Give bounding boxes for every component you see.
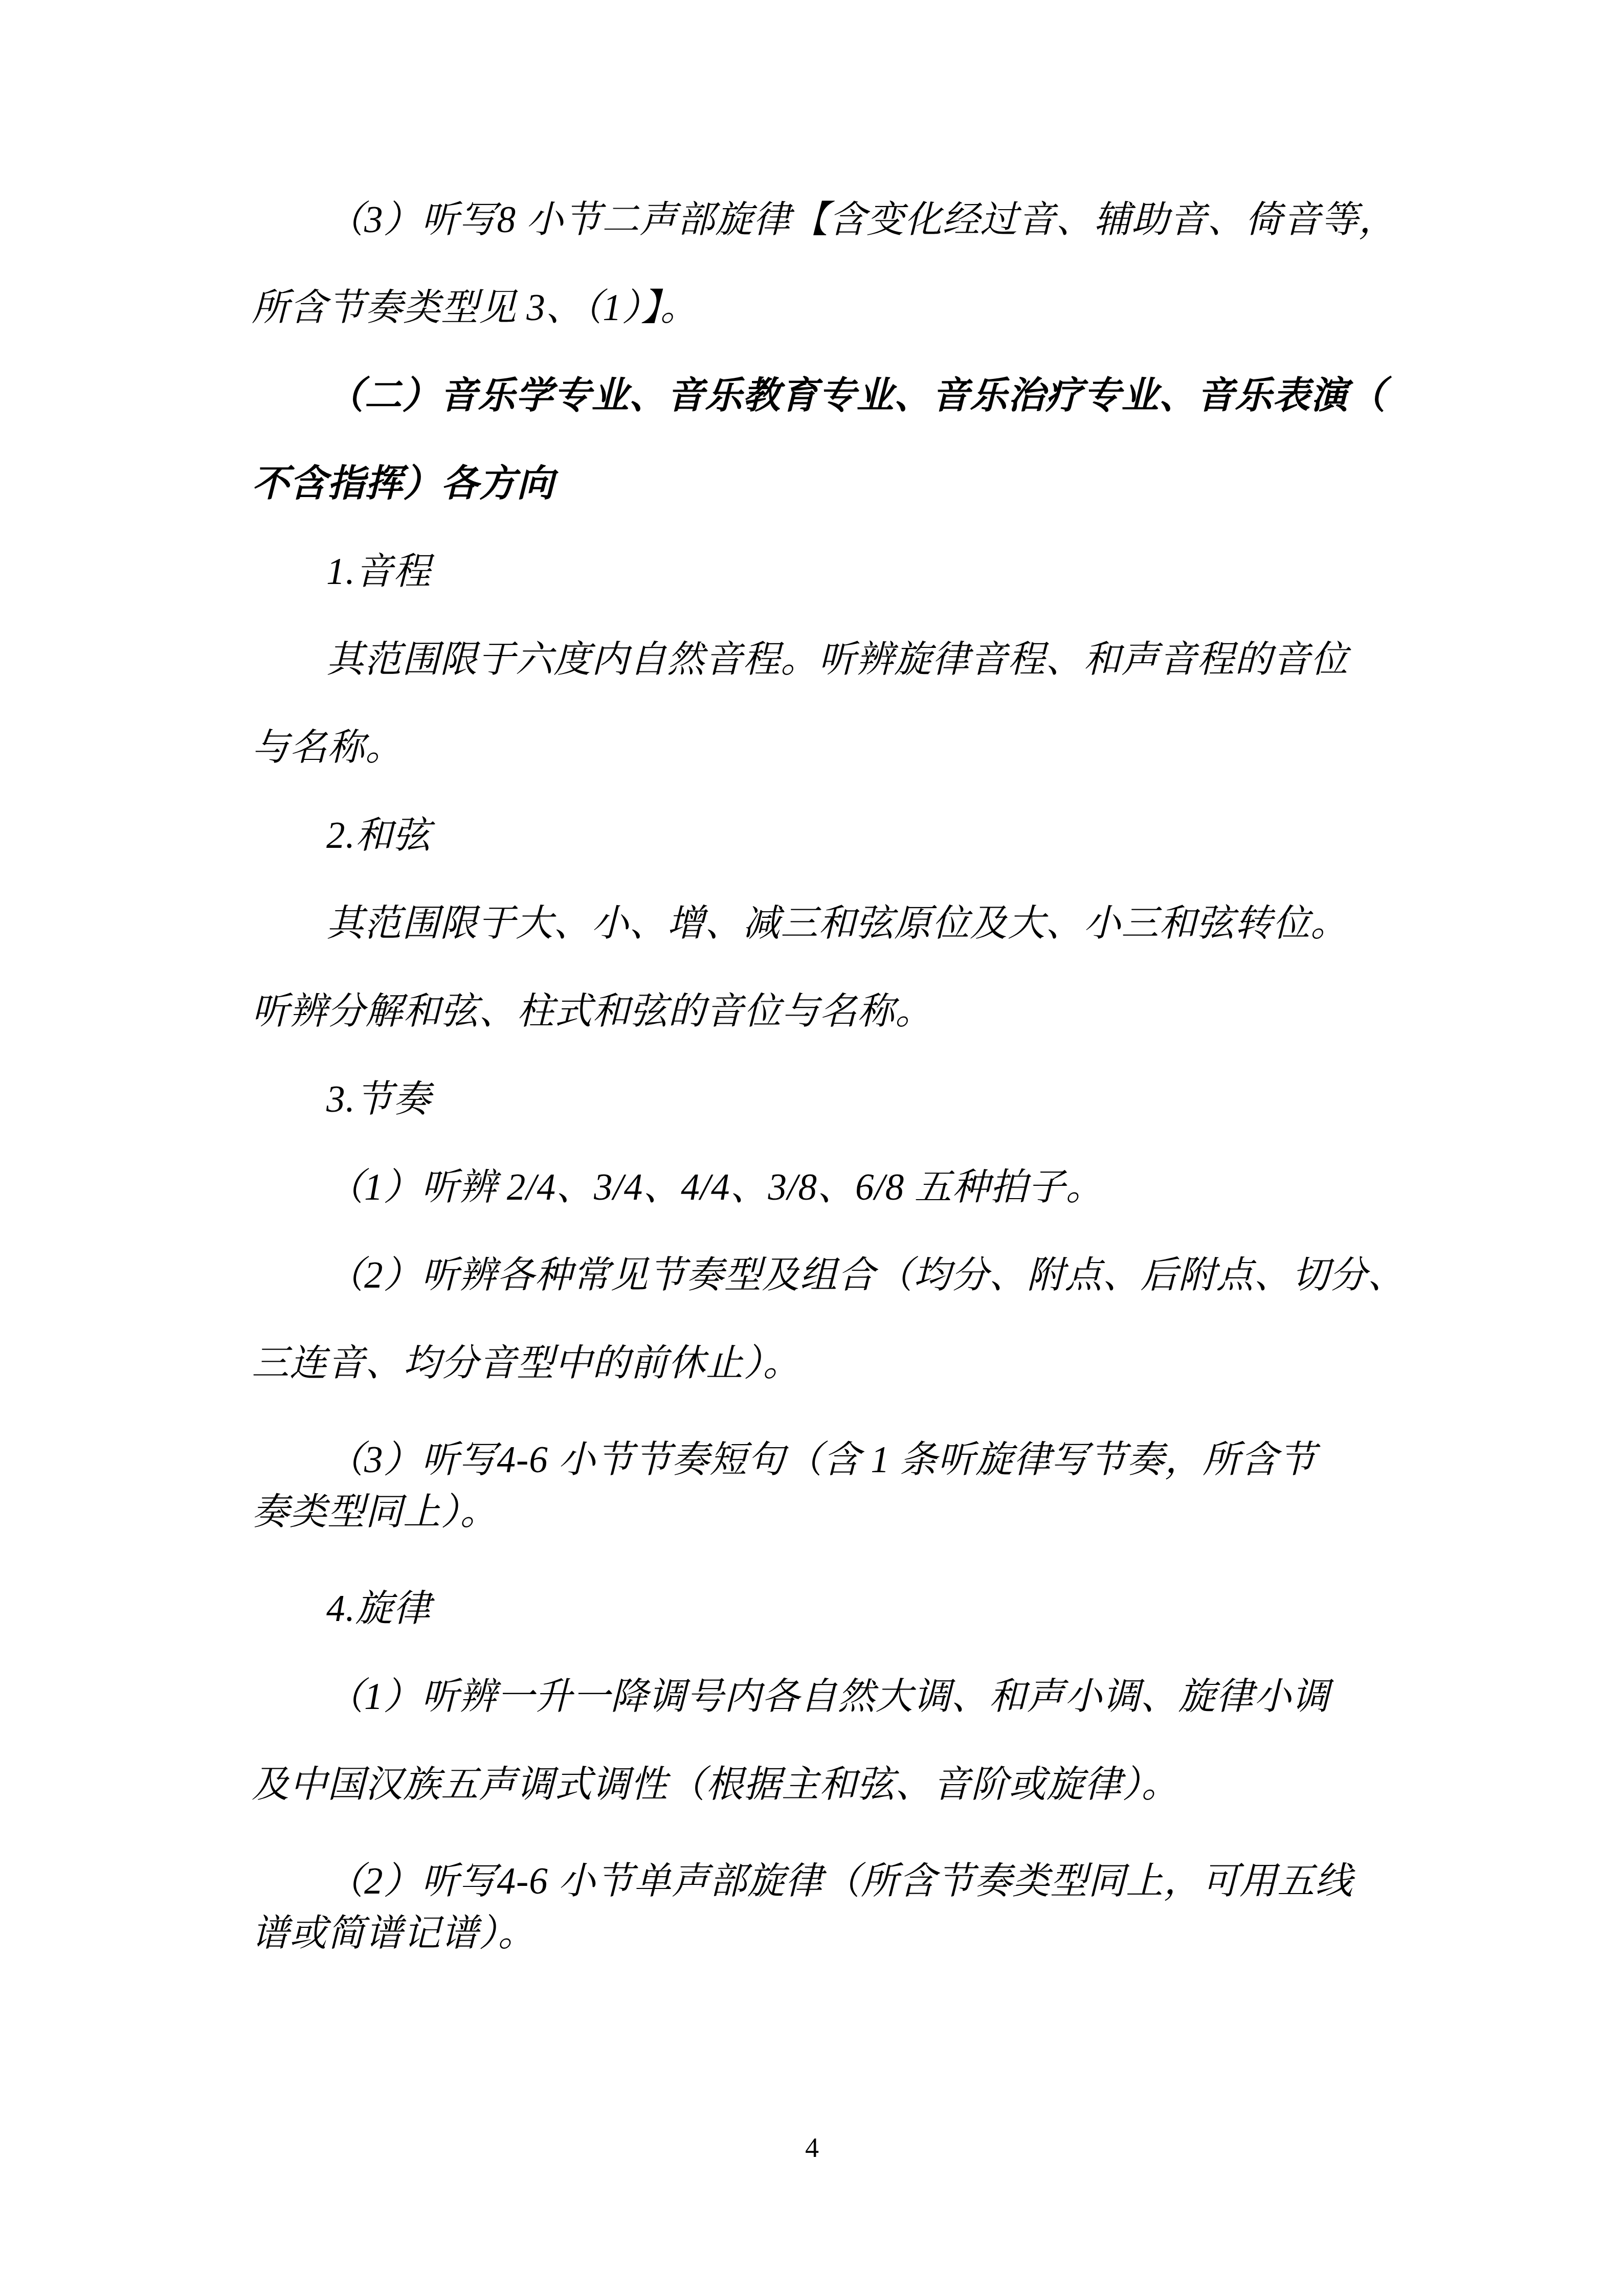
section-heading-2: （二）音乐学专业、音乐教育专业、音乐治疗专业、音乐表演（ 不含指挥）各方向 [252,352,1397,528]
item-3-rhythm-point-3: （3）听写4-6 小节节奏短句（含 1 条听旋律写节奏，所含节 奏类型同上）。 [252,1434,1397,1538]
item-3-rhythm-point-1: （1）听辨 2/4、3/4、4/4、3/8、6/8 五种拍子。 [252,1143,1397,1231]
item-3-rhythm-title: 3.节奏 [252,1055,1397,1143]
page-footer: 4 [0,2132,1624,2163]
item-1-intervals-title: 1.音程 [252,528,1397,616]
item-4-melody-title: 4.旋律 [252,1565,1397,1653]
item-4-melody-point-2: （2）听写4-6 小节单声部旋律（所含节奏类型同上，可用五线 谱或简谱记谱）。 [252,1855,1397,1960]
document-page: （3）听写8 小节二声部旋律【含变化经过音、辅助音、倚音等， 所含节奏类型见 3… [0,0,1624,2296]
page-number: 4 [805,2132,819,2163]
para-dictation-two-voice-melody: （3）听写8 小节二声部旋律【含变化经过音、辅助音、倚音等， 所含节奏类型见 3… [252,176,1397,352]
item-2-chords-title: 2.和弦 [252,792,1397,880]
item-1-intervals-body: 其范围限于六度内自然音程。听辨旋律音程、和声音程的音位 与名称。 [252,616,1397,792]
item-2-chords-body: 其范围限于大、小、增、减三和弦原位及大、小三和弦转位。 听辨分解和弦、柱式和弦的… [252,880,1397,1055]
document-body: （3）听写8 小节二声部旋律【含变化经过音、辅助音、倚音等， 所含节奏类型见 3… [252,176,1397,1986]
item-4-melody-point-1: （1）听辨一升一降调号内各自然大调、和声小调、旋律小调 及中国汉族五声调式调性（… [252,1653,1397,1829]
item-3-rhythm-point-2: （2）听辨各种常见节奏型及组合（均分、附点、后附点、切分、 三连音、均分音型中的… [252,1231,1397,1407]
